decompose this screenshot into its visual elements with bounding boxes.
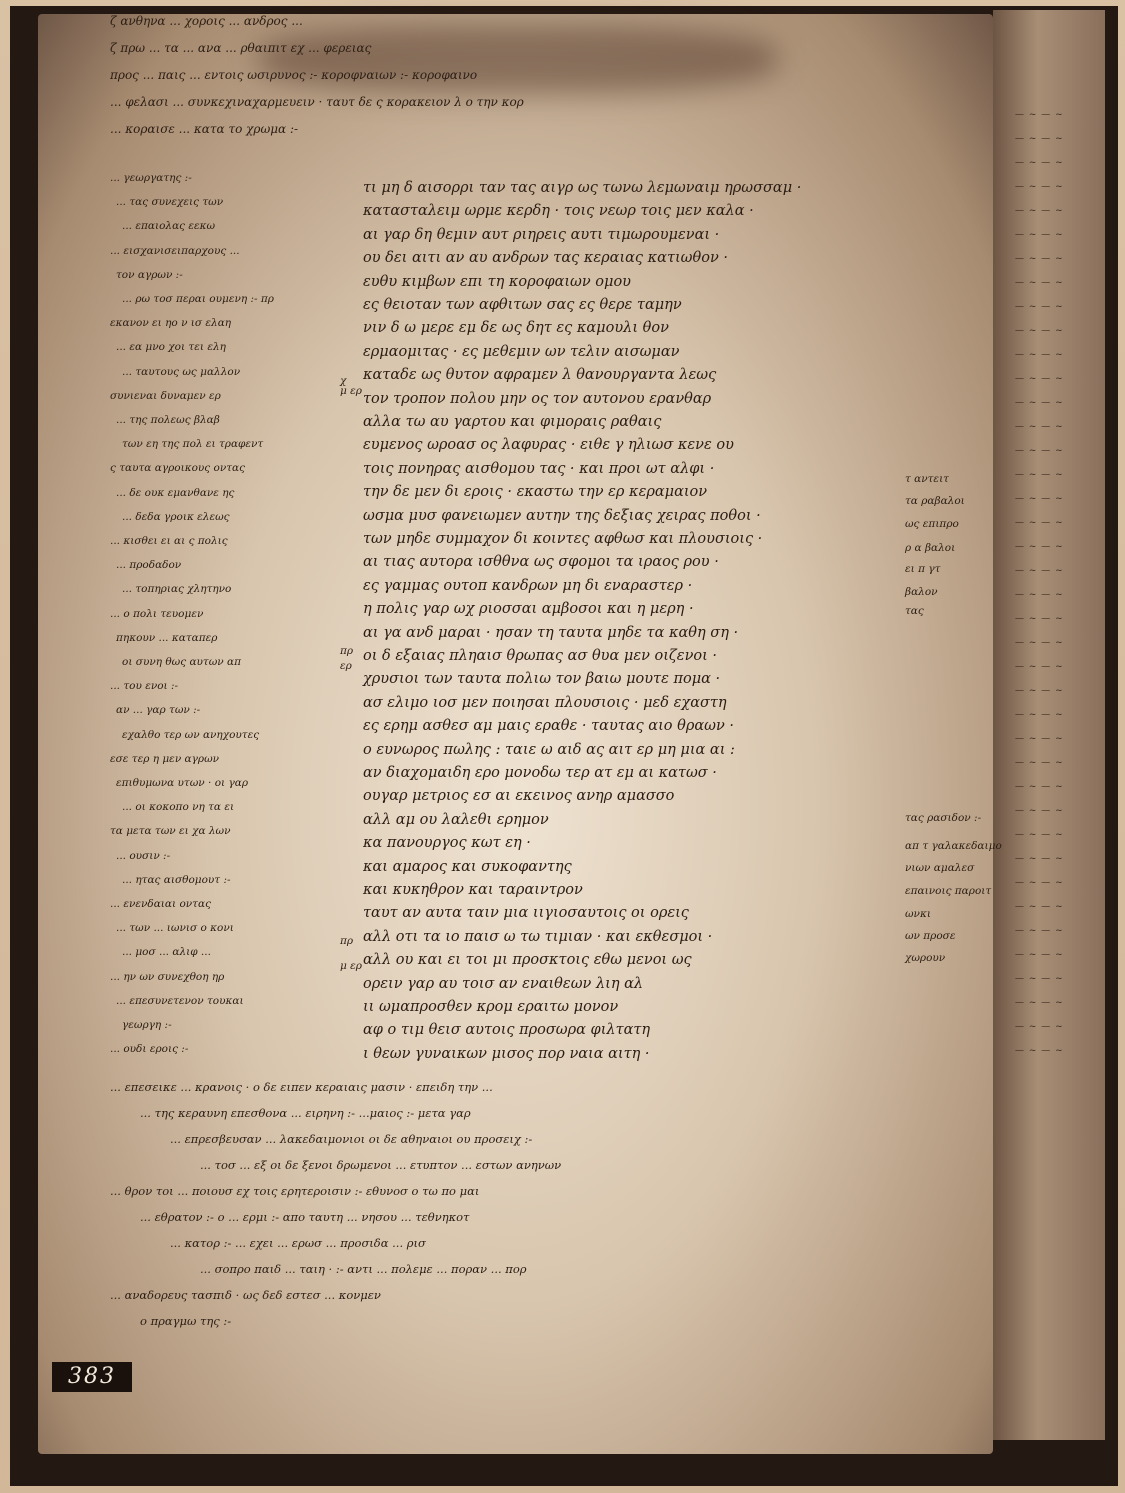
text-line: ερ: [340, 660, 352, 672]
text-line: ωνκι: [905, 908, 931, 920]
adjacent-leaf-line: — ~ — ~: [1015, 590, 1064, 600]
text-line: αι γα ανδ μαραι · ησαν τη ταυτα μηδε τα …: [363, 625, 738, 641]
text-line: ες ερημ ασθεσ αμ μαις εραθε · ταυτας αιο…: [363, 718, 734, 734]
text-line: μ ερ: [340, 960, 362, 972]
text-line: ευθυ κιμβων επι τη κοροφαιων ομου: [363, 274, 631, 290]
text-line: ς ταυτα αγροικους οντας: [110, 462, 245, 474]
text-line: ... οι κοκοπο νη τα ει: [122, 801, 234, 813]
adjacent-leaf-line: — ~ — ~: [1015, 134, 1064, 144]
adjacent-leaf-line: — ~ — ~: [1015, 182, 1064, 192]
text-line: εκανον ει ηο ν ισ ελαη: [110, 317, 231, 329]
text-line: ... ενενδαιαι οντας: [110, 898, 211, 910]
adjacent-leaf-line: — ~ — ~: [1015, 206, 1064, 216]
text-line: πρ: [340, 935, 353, 947]
text-line: ασ ελιμο ιοσ μεν ποιησαι πλουσιοις · μεδ…: [363, 695, 727, 711]
adjacent-leaf-line: — ~ — ~: [1015, 326, 1064, 336]
text-line: ο πραγμω της :-: [140, 1314, 231, 1328]
text-line: καταδε ως θυτον αφραμεν λ θανουργαντα λε…: [363, 367, 716, 383]
text-line: τον αγρων :-: [116, 269, 183, 281]
text-line: των μηδε συμμαχον δι κοιντες αφθωσ και π…: [363, 531, 762, 547]
adjacent-leaf-line: — ~ — ~: [1015, 446, 1064, 456]
adjacent-leaf-line: — ~ — ~: [1015, 374, 1064, 384]
text-line: εχαλθο τερ ων ανηχουτες: [122, 729, 259, 741]
text-line: βαλον: [905, 586, 938, 598]
text-line: πηκουν ... καταπερ: [116, 632, 217, 644]
text-line: νιων αμαλεσ: [905, 862, 974, 874]
text-line: ... επρεσβευσαν ... λακεδαιμονιοι οι δε …: [170, 1132, 532, 1146]
text-line: αλλ αμ ου λαλεθι ερημον: [363, 812, 549, 828]
adjacent-leaf-line: — ~ — ~: [1015, 830, 1064, 840]
text-line: νιν δ ω μερε εμ δε ως δητ ες καμουλι θον: [363, 320, 669, 336]
text-line: ... τοπηριας χλητηνο: [122, 583, 231, 595]
text-line: και κυκηθρον και ταραιντρον: [363, 882, 583, 898]
text-line: ... του ενοι :-: [110, 680, 178, 692]
adjacent-leaf-line: — ~ — ~: [1015, 686, 1064, 696]
text-line: ... προδαδον: [116, 559, 181, 571]
text-line: ... τας συνεχεις των: [116, 196, 223, 208]
text-line: ... γεωργατης :-: [110, 172, 192, 184]
text-line: αλλ ου και ει τοι μι προσκτοις εθω μενοι…: [363, 952, 692, 968]
text-line: ... ην ων συνεχθοη ηρ: [110, 971, 224, 983]
adjacent-leaf-line: — ~ — ~: [1015, 566, 1064, 576]
text-line: ορειν γαρ αυ τοισ αν εναιθεων λιη αλ: [363, 976, 643, 992]
adjacent-leaf-line: — ~ — ~: [1015, 926, 1064, 936]
text-line: ... ρω τοσ περαι ουμενη :- πρ: [122, 293, 274, 305]
text-line: μ ερ: [340, 385, 362, 397]
text-line: ... εθρατον :- ο ... ερμι :- απο ταυτη .…: [140, 1210, 469, 1224]
adjacent-leaf-line: — ~ — ~: [1015, 470, 1064, 480]
text-line: ... εισχανισειπαρχους ...: [110, 245, 240, 257]
text-line: και αμαρος και συκοφαντης: [363, 859, 572, 875]
text-line: ... ουδι εροις :-: [110, 1043, 188, 1055]
text-line: ζ ανθηνα ... χοροις ... ανδρος ...: [110, 14, 303, 28]
text-line: τα μετα των ει χα λων: [110, 825, 231, 837]
adjacent-leaf-line: — ~ — ~: [1015, 734, 1064, 744]
adjacent-leaf: — ~ — ~— ~ — ~— ~ — ~— ~ — ~— ~ — ~— ~ —…: [993, 10, 1105, 1440]
adjacent-leaf-line: — ~ — ~: [1015, 1046, 1064, 1056]
text-line: οι δ εξαιας πληαισ θρωπας ασ θυα μεν οιζ…: [363, 648, 717, 664]
text-line: ... ο πολι τευομεν: [110, 608, 203, 620]
text-line: αι γαρ δη θεμιν αυτ ριηρεις αυτι τιμωρου…: [363, 227, 719, 243]
text-line: ... κισθει ει αι ς πολις: [110, 535, 228, 547]
adjacent-leaf-line: — ~ — ~: [1015, 254, 1064, 264]
text-line: επιθυμωνα υτων · οι γαρ: [116, 777, 248, 789]
adjacent-leaf-line: — ~ — ~: [1015, 902, 1064, 912]
adjacent-leaf-line: — ~ — ~: [1015, 950, 1064, 960]
text-line: αφ ο τιμ θεισ αυτοις προσωρα φιλτατη: [363, 1022, 650, 1038]
text-line: τοις πονηρας αισθομου τας · και προι ωτ …: [363, 461, 714, 477]
text-line: ες θειοταν των αφθιτων σας ες θερε ταμην: [363, 297, 682, 313]
text-line: ι θεων γυναικων μισος πορ ναια αιτη ·: [363, 1046, 650, 1062]
text-line: ερμαομιτας · ες μεθεμιν ων τελιν αισωμαν: [363, 344, 679, 360]
adjacent-leaf-line: — ~ — ~: [1015, 638, 1064, 648]
text-line: ευμενος ωροασ ος λαφυρας · ειθε γ ηλιωσ …: [363, 437, 734, 453]
text-line: ... της πολεως βλαβ: [116, 414, 220, 426]
text-line: πρ: [340, 645, 353, 657]
text-line: ... των ... ιωνισ ο κονι: [116, 922, 234, 934]
text-line: αλλ οτι τα ιο παισ ω τω τιμιαν · και εκθ…: [363, 929, 712, 945]
text-line: συνιεναι δυναμεν ερ: [110, 390, 221, 402]
text-line: ... δε ουκ εμανθανε ης: [116, 487, 234, 499]
text-line: η πολις γαρ ωχ ριοσσαι αμβοσοι και η μερ…: [363, 601, 694, 617]
water-stain: [258, 24, 778, 94]
adjacent-leaf-line: — ~ — ~: [1015, 542, 1064, 552]
adjacent-leaf-line: — ~ — ~: [1015, 230, 1064, 240]
text-line: των εη της πολ ει τραφεντ: [122, 438, 263, 450]
text-line: τας ρασιδον :-: [905, 812, 981, 824]
text-line: απ τ γαλακεδαιμο: [905, 840, 1002, 852]
text-line: ... μοσ ... αλιφ ...: [122, 946, 211, 958]
text-line: τ αντειτ: [905, 473, 949, 485]
text-line: χωρουν: [905, 952, 945, 964]
text-line: οι συνη θως αυτων απ: [122, 656, 241, 668]
adjacent-leaf-line: — ~ — ~: [1015, 518, 1064, 528]
adjacent-leaf-line: — ~ — ~: [1015, 806, 1064, 816]
adjacent-leaf-line: — ~ — ~: [1015, 158, 1064, 168]
adjacent-leaf-line: — ~ — ~: [1015, 878, 1064, 888]
text-line: ως επιπρο: [905, 518, 959, 530]
adjacent-leaf-line: — ~ — ~: [1015, 758, 1064, 768]
text-line: τας: [905, 605, 924, 617]
text-line: προς ... παις ... εντοις ωσιρυνος :- κορ…: [110, 68, 477, 82]
text-line: ... φελασι ... συνκεχιναχαρμευειν · ταυτ…: [110, 95, 524, 109]
text-line: τι μη δ αισορρι ταν τας αιγρ ως τωνω λεμ…: [363, 180, 801, 196]
text-line: ... τοσ ... εξ οι δε ξενοι δρωμενοι ... …: [200, 1158, 561, 1172]
adjacent-leaf-line: — ~ — ~: [1015, 494, 1064, 504]
adjacent-leaf-line: — ~ — ~: [1015, 350, 1064, 360]
folio-number-label: 383: [52, 1362, 132, 1392]
text-line: ων προσε: [905, 930, 955, 942]
text-line: ... ταυτους ως μαλλον: [122, 366, 240, 378]
text-line: κα πανουργος κωτ εη ·: [363, 835, 531, 851]
text-line: ... εα μνο χοι τει ελη: [116, 341, 226, 353]
text-line: ... επεσυνετενον τουκαι: [116, 995, 244, 1007]
text-line: ζ πρω ... τα ... ανα ... ρθαιπιτ εχ ... …: [110, 41, 371, 55]
adjacent-leaf-line: — ~ — ~: [1015, 422, 1064, 432]
text-line: ... κατορ :- ... εχει ... ερωσ ... προσι…: [170, 1236, 426, 1250]
text-line: τον τροπον πολου μην ος τον αυτονου εραν…: [363, 391, 711, 407]
adjacent-leaf-line: — ~ — ~: [1015, 998, 1064, 1008]
text-line: ρ α βαλοι: [905, 542, 955, 554]
adjacent-leaf-line: — ~ — ~: [1015, 278, 1064, 288]
text-line: ... σοπρο παιδ ... ταιη · :- αντι ... πο…: [200, 1262, 527, 1276]
adjacent-leaf-line: — ~ — ~: [1015, 662, 1064, 672]
text-line: ... της κεραυνη επεσθονα ... ειρηνη :- .…: [140, 1106, 471, 1120]
text-line: ες γαμμας ουτοπ κανδρων μη δι εναραστερ …: [363, 578, 692, 594]
text-line: αι τιας αυτορα ισθθνα ως σφομοι τα ιραος…: [363, 554, 719, 570]
adjacent-leaf-line: — ~ — ~: [1015, 782, 1064, 792]
text-line: ιι ωμαπροσθεν κρομ εραιτω μονον: [363, 999, 618, 1015]
text-line: ταυτ αν αυτα ταιν μια ιιγιοσαυτοις οι ορ…: [363, 905, 689, 921]
adjacent-leaf-line: — ~ — ~: [1015, 614, 1064, 624]
text-line: ... ουσιν :-: [116, 850, 170, 862]
text-line: ... δεδα γροικ ελεως: [122, 511, 230, 523]
text-line: ... αναδορευς τασπιδ · ως δεδ εστεσ ... …: [110, 1288, 381, 1302]
text-line: αν διαχομαιδη ερο μονοδω τερ ατ εμ αι κα…: [363, 765, 717, 781]
text-line: ει π γτ: [905, 563, 940, 575]
adjacent-leaf-line: — ~ — ~: [1015, 974, 1064, 984]
text-line: ... επαιολας εεκω: [122, 220, 215, 232]
text-line: ωσμα μυσ φανειωμεν αυτην της δεξιας χειρ…: [363, 508, 761, 524]
adjacent-leaf-line: — ~ — ~: [1015, 710, 1064, 720]
text-line: ο ευνωρος πωλης : ταιε ω αιδ ας αιτ ερ μ…: [363, 742, 735, 758]
text-line: επαινοις παροιτ: [905, 885, 991, 897]
text-line: τα ραβαλοι: [905, 495, 965, 507]
text-line: ουγαρ μετριος εσ αι εκεινος ανηρ αμασσο: [363, 788, 674, 804]
text-line: κατασταλειμ ωρμε κερδη · τοις νεωρ τοις …: [363, 203, 754, 219]
text-line: αλλα τω αυ γαρτου και φιμοραις ραθαις: [363, 414, 661, 430]
text-line: γεωργη :-: [122, 1019, 172, 1031]
adjacent-leaf-line: — ~ — ~: [1015, 302, 1064, 312]
text-line: αν ... γαρ των :-: [116, 704, 200, 716]
text-line: ου δει αιτι αν αυ ανδρων τας κεραιας κατ…: [363, 250, 728, 266]
text-line: ... ητας αισθομουτ :-: [122, 874, 231, 886]
text-line: ... κοραισε ... κατα το χρωμα :-: [110, 122, 298, 136]
text-line: χρυσιοι των ταυτα πολιω τον βαιω μουτε π…: [363, 671, 720, 687]
adjacent-leaf-line: — ~ — ~: [1015, 110, 1064, 120]
adjacent-leaf-line: — ~ — ~: [1015, 1022, 1064, 1032]
text-line: ... θρον τοι ... ποιουσ εχ τοις ερητεροι…: [110, 1184, 479, 1198]
text-line: εσε τερ η μεν αγρων: [110, 753, 219, 765]
adjacent-leaf-line: — ~ — ~: [1015, 854, 1064, 864]
text-line: ... επεσεικε ... κρανοις · ο δε ειπεν κε…: [110, 1080, 493, 1094]
text-line: την δε μεν δι εροις · εκαστω την ερ κερα…: [363, 484, 707, 500]
adjacent-leaf-line: — ~ — ~: [1015, 398, 1064, 408]
